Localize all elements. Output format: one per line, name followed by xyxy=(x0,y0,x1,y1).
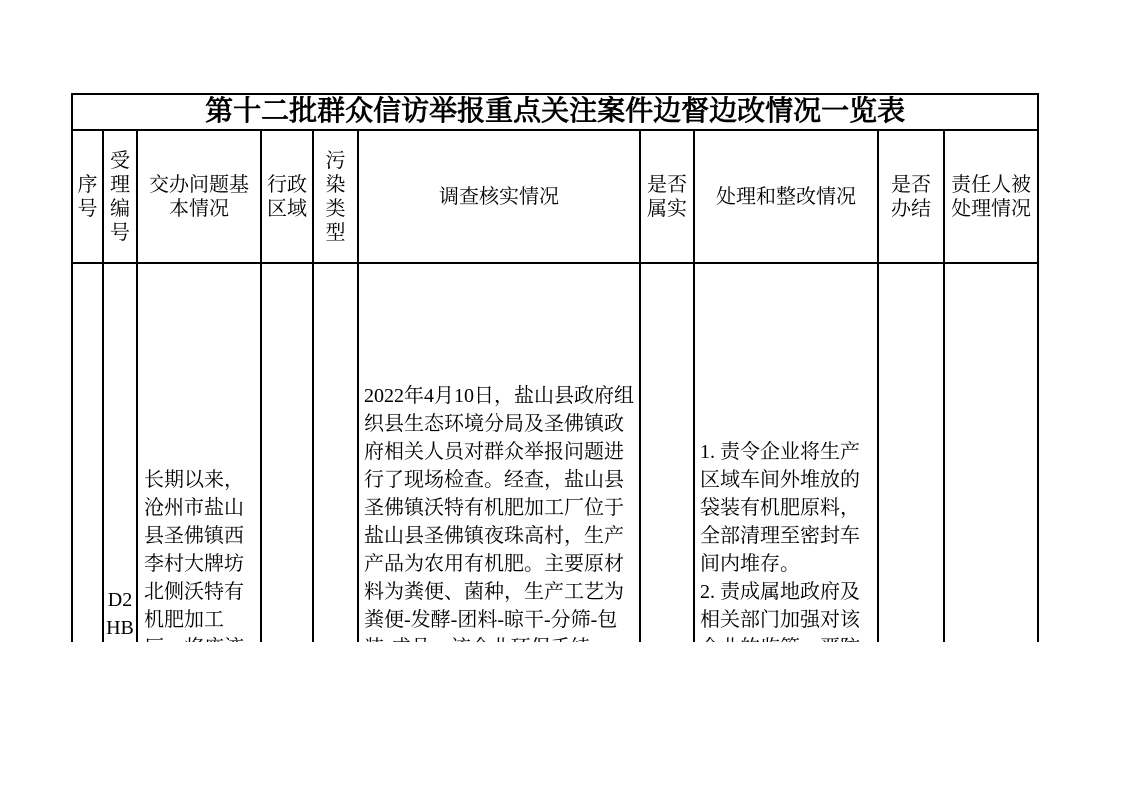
cell-seq-no-text xyxy=(73,264,102,642)
header-verified: 是否属实 xyxy=(640,130,694,263)
cell-rectification: 1. 责令企业将生产区域车间外堆放的袋装有机肥原料，全部清理至密封车间内堆存。 … xyxy=(694,263,878,642)
cell-pollution-type xyxy=(313,263,358,642)
cell-pollution-type-text xyxy=(314,264,357,642)
cell-problem-summary: 长期以来，沧州市盐山县圣佛镇西李村大牌坊北侧沃特有机肥加工厂，将废液 xyxy=(137,263,261,642)
cell-admin-region-text xyxy=(262,264,312,642)
cell-case-no: D2HB xyxy=(103,263,137,642)
header-problem-summary: 交办问题基本情况 xyxy=(137,130,261,263)
cell-investigation-text: 2022年4月10日，盐山县政府组织县生态环境分局及圣佛镇政府相关人员对群众举报… xyxy=(359,264,639,642)
cell-verified xyxy=(640,263,694,642)
cell-admin-region xyxy=(261,263,313,642)
header-closed: 是否办结 xyxy=(878,130,944,263)
report-table: 第十二批群众信访举报重点关注案件边督边改情况一览表 序号 受理编号 交办问题基本… xyxy=(71,93,1039,642)
header-accountability: 责任人被处理情况 xyxy=(944,130,1038,263)
header-rectification: 处理和整改情况 xyxy=(694,130,878,263)
cell-accountability-text xyxy=(945,264,1037,642)
header-seq-no: 序号 xyxy=(72,130,103,263)
header-case-no: 受理编号 xyxy=(103,130,137,263)
header-admin-region: 行政区域 xyxy=(261,130,313,263)
cell-rectification-text: 1. 责令企业将生产区域车间外堆放的袋装有机肥原料，全部清理至密封车间内堆存。 … xyxy=(695,264,877,642)
cell-closed-text xyxy=(879,264,943,642)
header-pollution-type: 污染类型 xyxy=(313,130,358,263)
cell-problem-summary-text: 长期以来，沧州市盐山县圣佛镇西李村大牌坊北侧沃特有机肥加工厂，将废液 xyxy=(138,264,260,642)
cell-verified-text xyxy=(641,264,693,642)
table-header-row: 序号 受理编号 交办问题基本情况 行政区域 污染类型 调查核实情况 是否属实 处… xyxy=(72,130,1038,263)
cell-accountability xyxy=(944,263,1038,642)
cell-investigation: 2022年4月10日，盐山县政府组织县生态环境分局及圣佛镇政府相关人员对群众举报… xyxy=(358,263,640,642)
cell-closed xyxy=(878,263,944,642)
document-page: { "page": { "background_color": "#ffffff… xyxy=(0,0,1122,793)
header-investigation: 调查核实情况 xyxy=(358,130,640,263)
table-row: D2HB 长期以来，沧州市盐山县圣佛镇西李村大牌坊北侧沃特有机肥加工厂，将废液 … xyxy=(72,263,1038,642)
cell-seq-no xyxy=(72,263,103,642)
table-title-row: 第十二批群众信访举报重点关注案件边督边改情况一览表 xyxy=(72,94,1038,130)
cell-case-no-text: D2HB xyxy=(104,264,136,642)
page-title: 第十二批群众信访举报重点关注案件边督边改情况一览表 xyxy=(72,94,1038,130)
